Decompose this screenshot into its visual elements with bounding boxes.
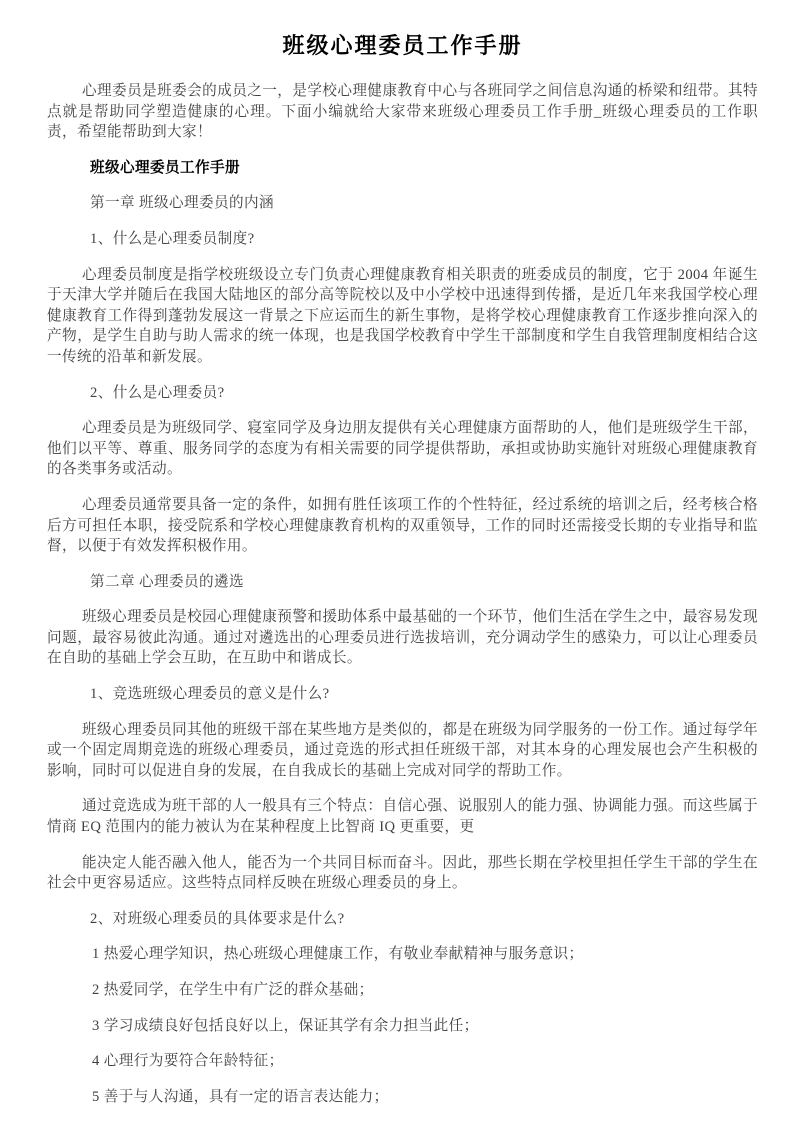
body-paragraph: 能决定人能否融入他人，能否为一个共同目标而奋斗。因此，那些长期在学校里担任学生干… — [47, 853, 758, 894]
body-paragraph: 心理委员是为班级同学、寝室同学及身边朋友提供有关心理健康方面帮助的人，他们是班级… — [47, 418, 758, 480]
body-paragraph: 心理委员通常要具备一定的条件，如拥有胜任该项工作的个性特征，经过系统的培训之后，… — [47, 495, 758, 557]
question-heading: 2、什么是心理委员? — [47, 383, 758, 404]
question-heading: 2、对班级心理委员的具体要求是什么? — [47, 909, 758, 930]
requirement-item-1: 1 热爱心理学知识，热心班级心理健康工作，有敬业奉献精神与服务意识； — [47, 944, 758, 965]
body-paragraph: 班级心理委员同其他的班级干部在某些地方是类似的，都是在班级为同学服务的一份工作。… — [47, 720, 758, 782]
section-subtitle: 班级心理委员工作手册 — [47, 158, 758, 179]
requirement-item-5: 5 善于与人沟通，具有一定的语言表达能力； — [47, 1087, 758, 1108]
question-heading: 1、什么是心理委员制度? — [47, 229, 758, 250]
body-paragraph: 班级心理委员是校园心理健康预警和援助体系中最基础的一个环节，他们生活在学生之中，… — [47, 607, 758, 669]
question-heading: 1、竞选班级心理委员的意义是什么? — [47, 684, 758, 705]
chapter-heading-2: 第二章 心理委员的遴选 — [47, 572, 758, 593]
requirement-item-3: 3 学习成绩良好包括良好以上，保证其学有余力担当此任； — [47, 1016, 758, 1037]
body-paragraph: 通过竞选成为班干部的人一般具有三个特点：自信心强、说服别人的能力强、协调能力强。… — [47, 796, 758, 837]
document-body: 心理委员是班委会的成员之一，是学校心理健康教育中心与各班同学之间信息沟通的桥梁和… — [47, 81, 758, 1107]
body-paragraph: 心理委员制度是指学校班级设立专门负责心理健康教育相关职责的班委成员的制度，它于 … — [47, 265, 758, 368]
intro-paragraph: 心理委员是班委会的成员之一，是学校心理健康教育中心与各班同学之间信息沟通的桥梁和… — [47, 81, 758, 143]
requirement-item-4: 4 心理行为要符合年龄特征； — [47, 1051, 758, 1072]
document-content: 班级心理委员工作手册 心理委员是班委会的成员之一，是学校心理健康教育中心与各班同… — [0, 0, 794, 1107]
document-page: 班级心理委员工作手册 心理委员是班委会的成员之一，是学校心理健康教育中心与各班同… — [0, 0, 794, 1123]
chapter-heading-1: 第一章 班级心理委员的内涵 — [47, 193, 758, 214]
page-title: 班级心理委员工作手册 — [47, 31, 758, 61]
requirement-item-2: 2 热爱同学，在学生中有广泛的群众基础； — [47, 980, 758, 1001]
